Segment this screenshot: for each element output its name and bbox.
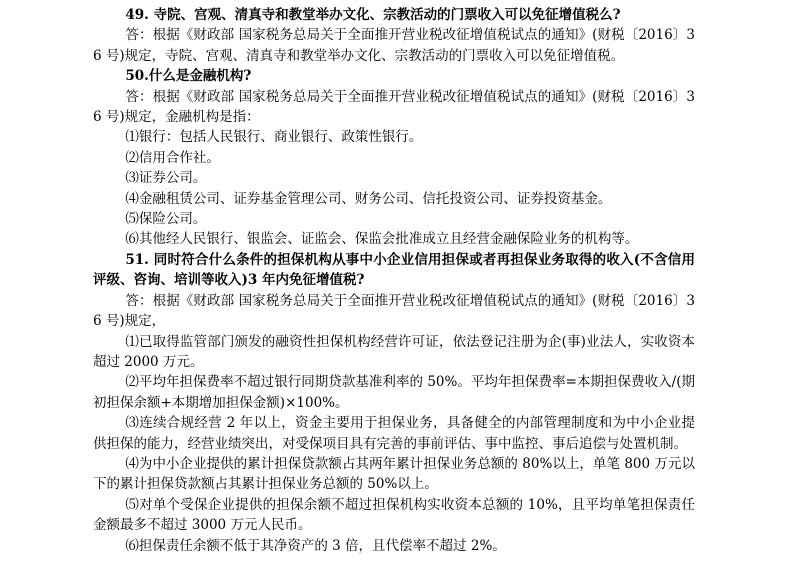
answer-paragraph: ⑴银行：包括人民银行、商业银行、政策性银行。 [93,127,695,147]
answer-paragraph: ⑵信用合作社。 [93,148,695,168]
document-body: 49. 寺院、宫观、清真寺和教堂举办文化、宗教活动的门票收入可以免征增值税么?答… [93,5,695,556]
answer-paragraph: 答：根据《财政部 国家税务总局关于全面推开营业税改征增值税试点的通知》(财税〔2… [93,25,695,66]
document-page: 49. 寺院、宫观、清真寺和教堂举办文化、宗教活动的门票收入可以免征增值税么?答… [0,0,791,564]
answer-paragraph: ⑴已取得监管部门颁发的融资性担保机构经营许可证，依法登记注册为企(事)业法人，实… [93,332,695,373]
answer-paragraph: ⑶证券公司。 [93,168,695,188]
answer-paragraph: ⑸对单个受保企业提供的担保余额不超过担保机构实收资本总额的 10%，且平均单笔担… [93,495,695,536]
question-heading: 49. 寺院、宫观、清真寺和教堂举办文化、宗教活动的门票收入可以免征增值税么? [93,5,695,25]
answer-paragraph: ⑷金融租赁公司、证券基金管理公司、财务公司、信托投资公司、证券投资基金。 [93,189,695,209]
answer-paragraph: ⑶连续合规经营 2 年以上，资金主要用于担保业务，具备健全的内部管理制度和为中小… [93,413,695,454]
answer-paragraph: ⑷为中小企业提供的累计担保贷款额占其两年累计担保业务总额的 80%以上，单笔 8… [93,454,695,495]
answer-paragraph: ⑹其他经人民银行、银监会、证监会、保监会批准成立且经营金融保险业务的机构等。 [93,229,695,249]
answer-paragraph: ⑵平均年担保费率不超过银行同期贷款基准利率的 50%。平均年担保费率=本期担保费… [93,372,695,413]
answer-paragraph: 答：根据《财政部 国家税务总局关于全面推开营业税改征增值税试点的通知》(财税〔2… [93,87,695,128]
question-heading: 50.什么是金融机构? [93,66,695,86]
answer-paragraph: ⑸保险公司。 [93,209,695,229]
answer-paragraph: 答：根据《财政部 国家税务总局关于全面推开营业税改征增值税试点的通知》(财税〔2… [93,291,695,332]
question-heading: 51. 同时符合什么条件的担保机构从事中小企业信用担保或者再担保业务取得的收入(… [93,250,695,291]
answer-paragraph: ⑹担保责任余额不低于其净资产的 3 倍，且代偿率不超过 2%。 [93,536,695,556]
